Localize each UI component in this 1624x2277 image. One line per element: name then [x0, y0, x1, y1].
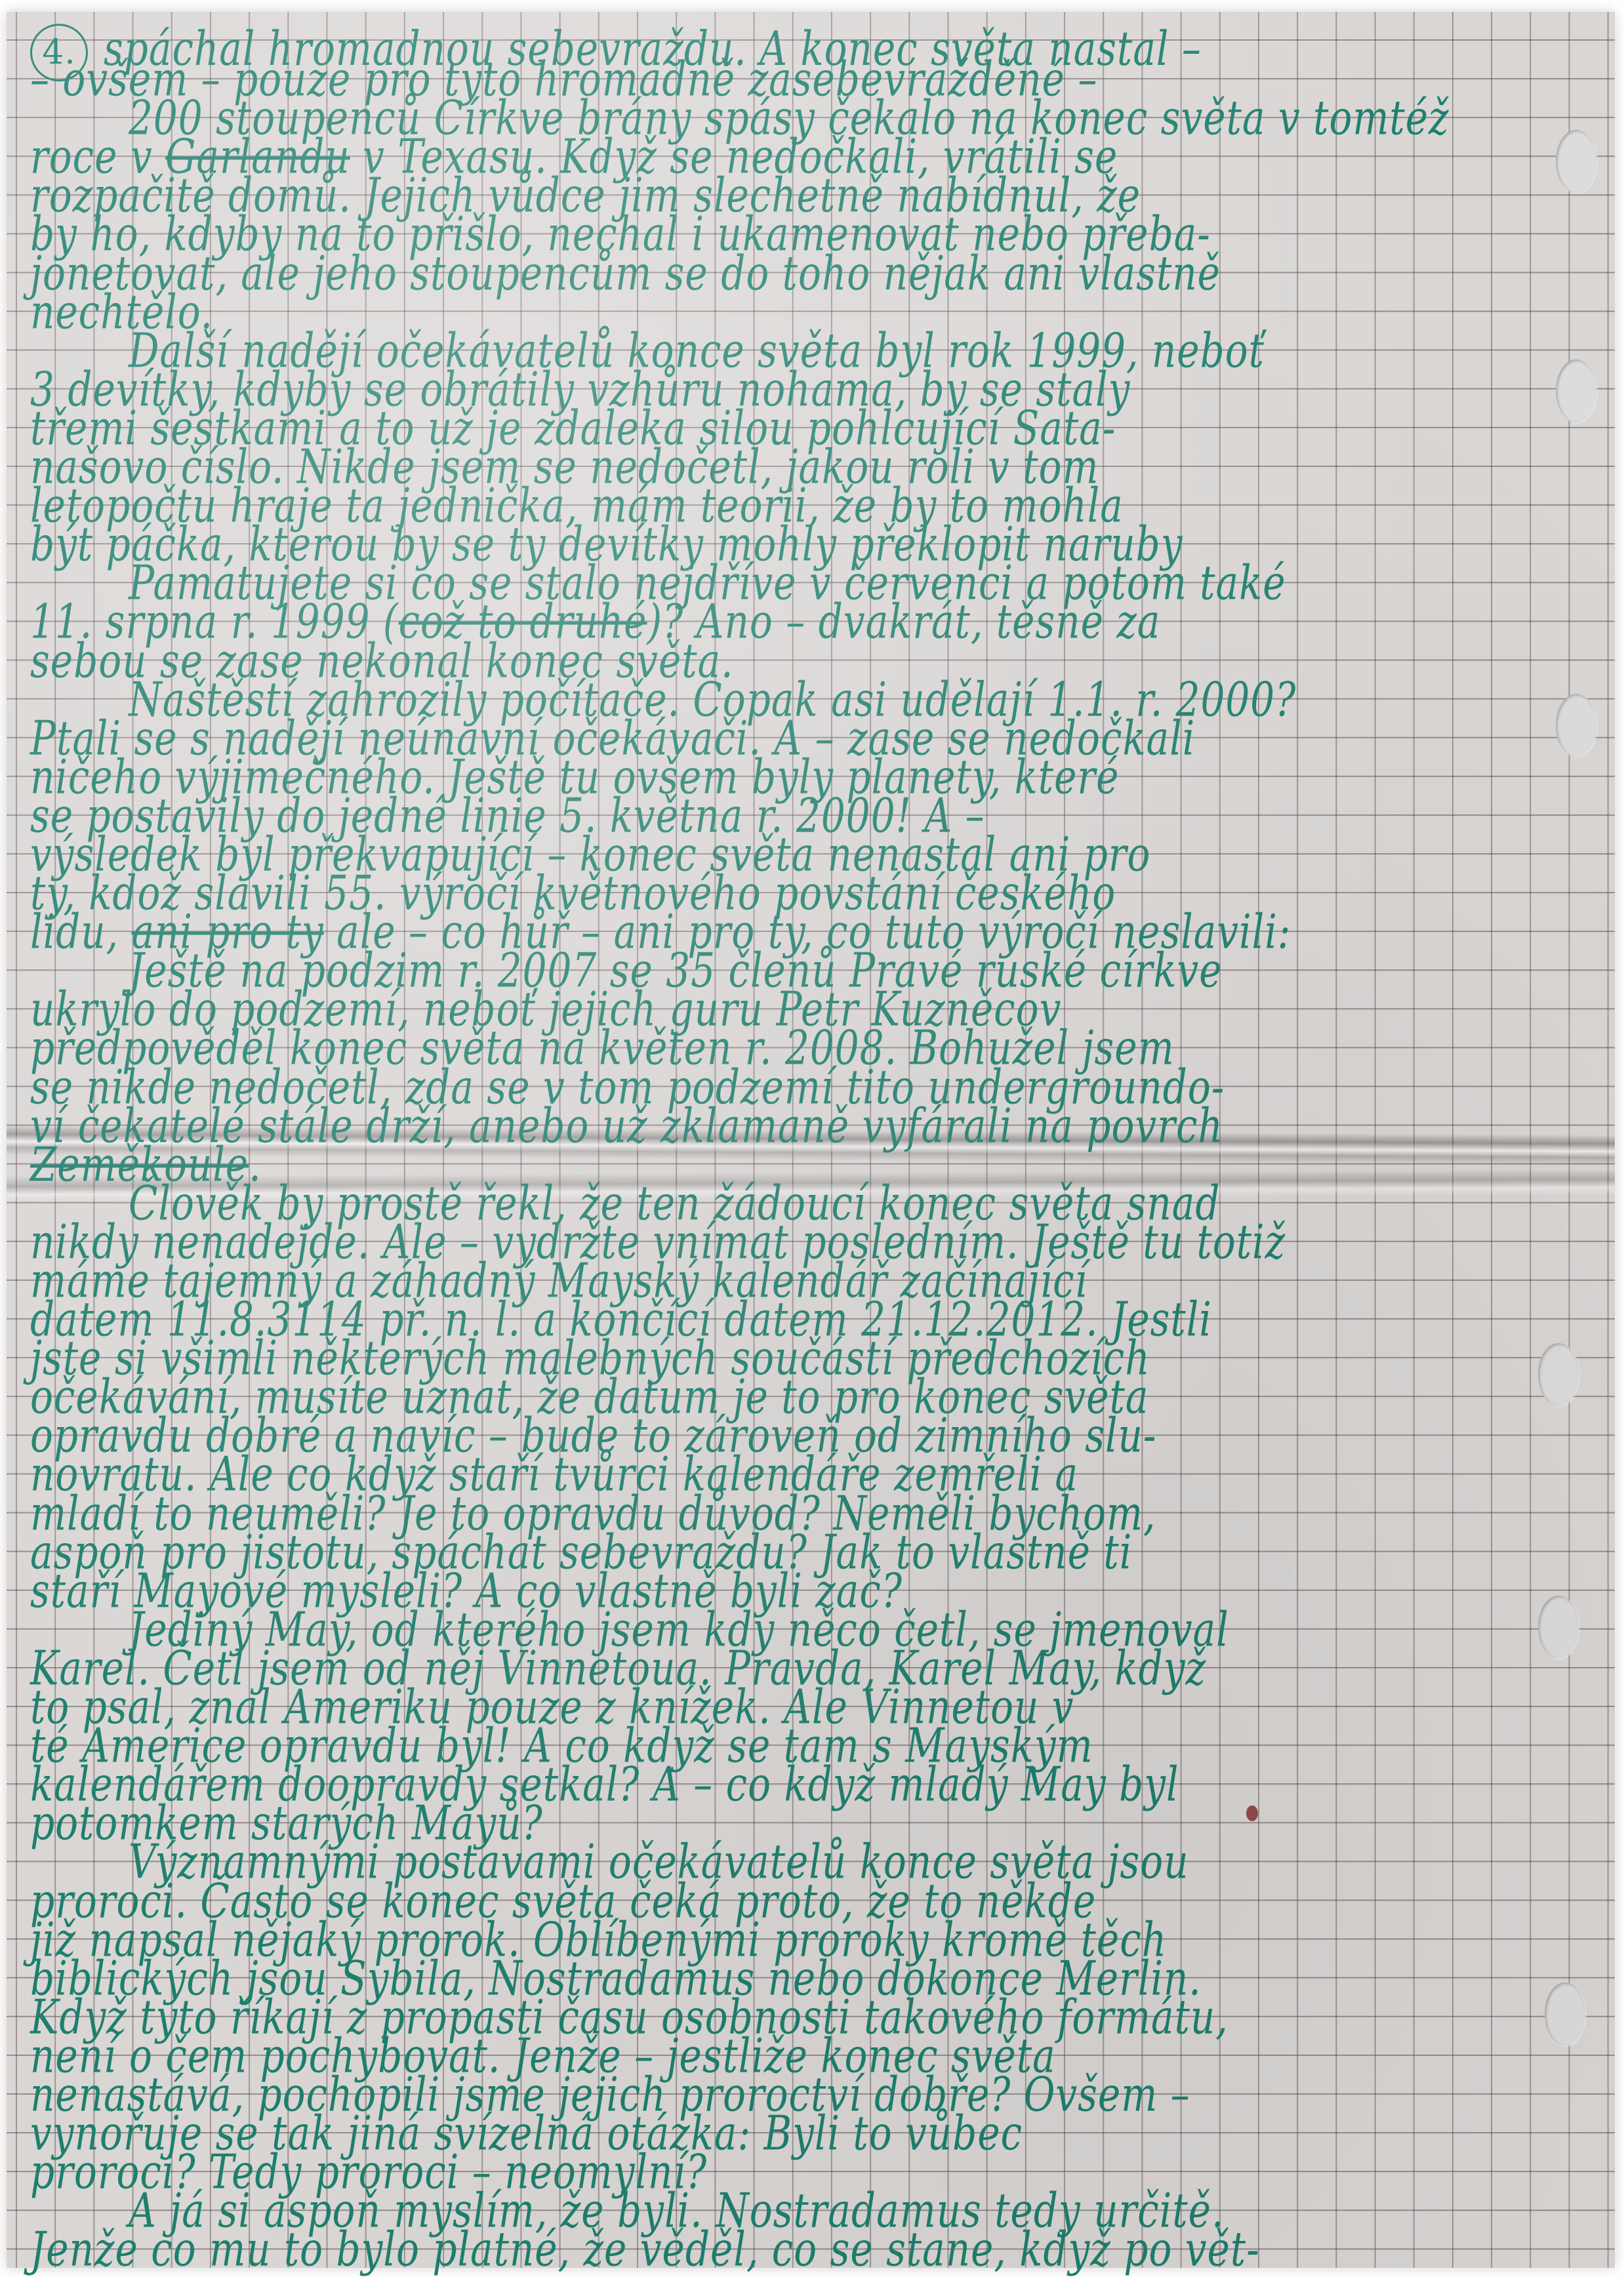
text-line: Jenže co mu to bylo platné, že věděl, co… — [30, 2226, 1578, 2274]
handwritten-text: 4.spáchal hromadnou sebevraždu. A konec … — [30, 26, 1578, 2274]
notebook-page: 4.spáchal hromadnou sebevraždu. A konec … — [7, 12, 1615, 2268]
